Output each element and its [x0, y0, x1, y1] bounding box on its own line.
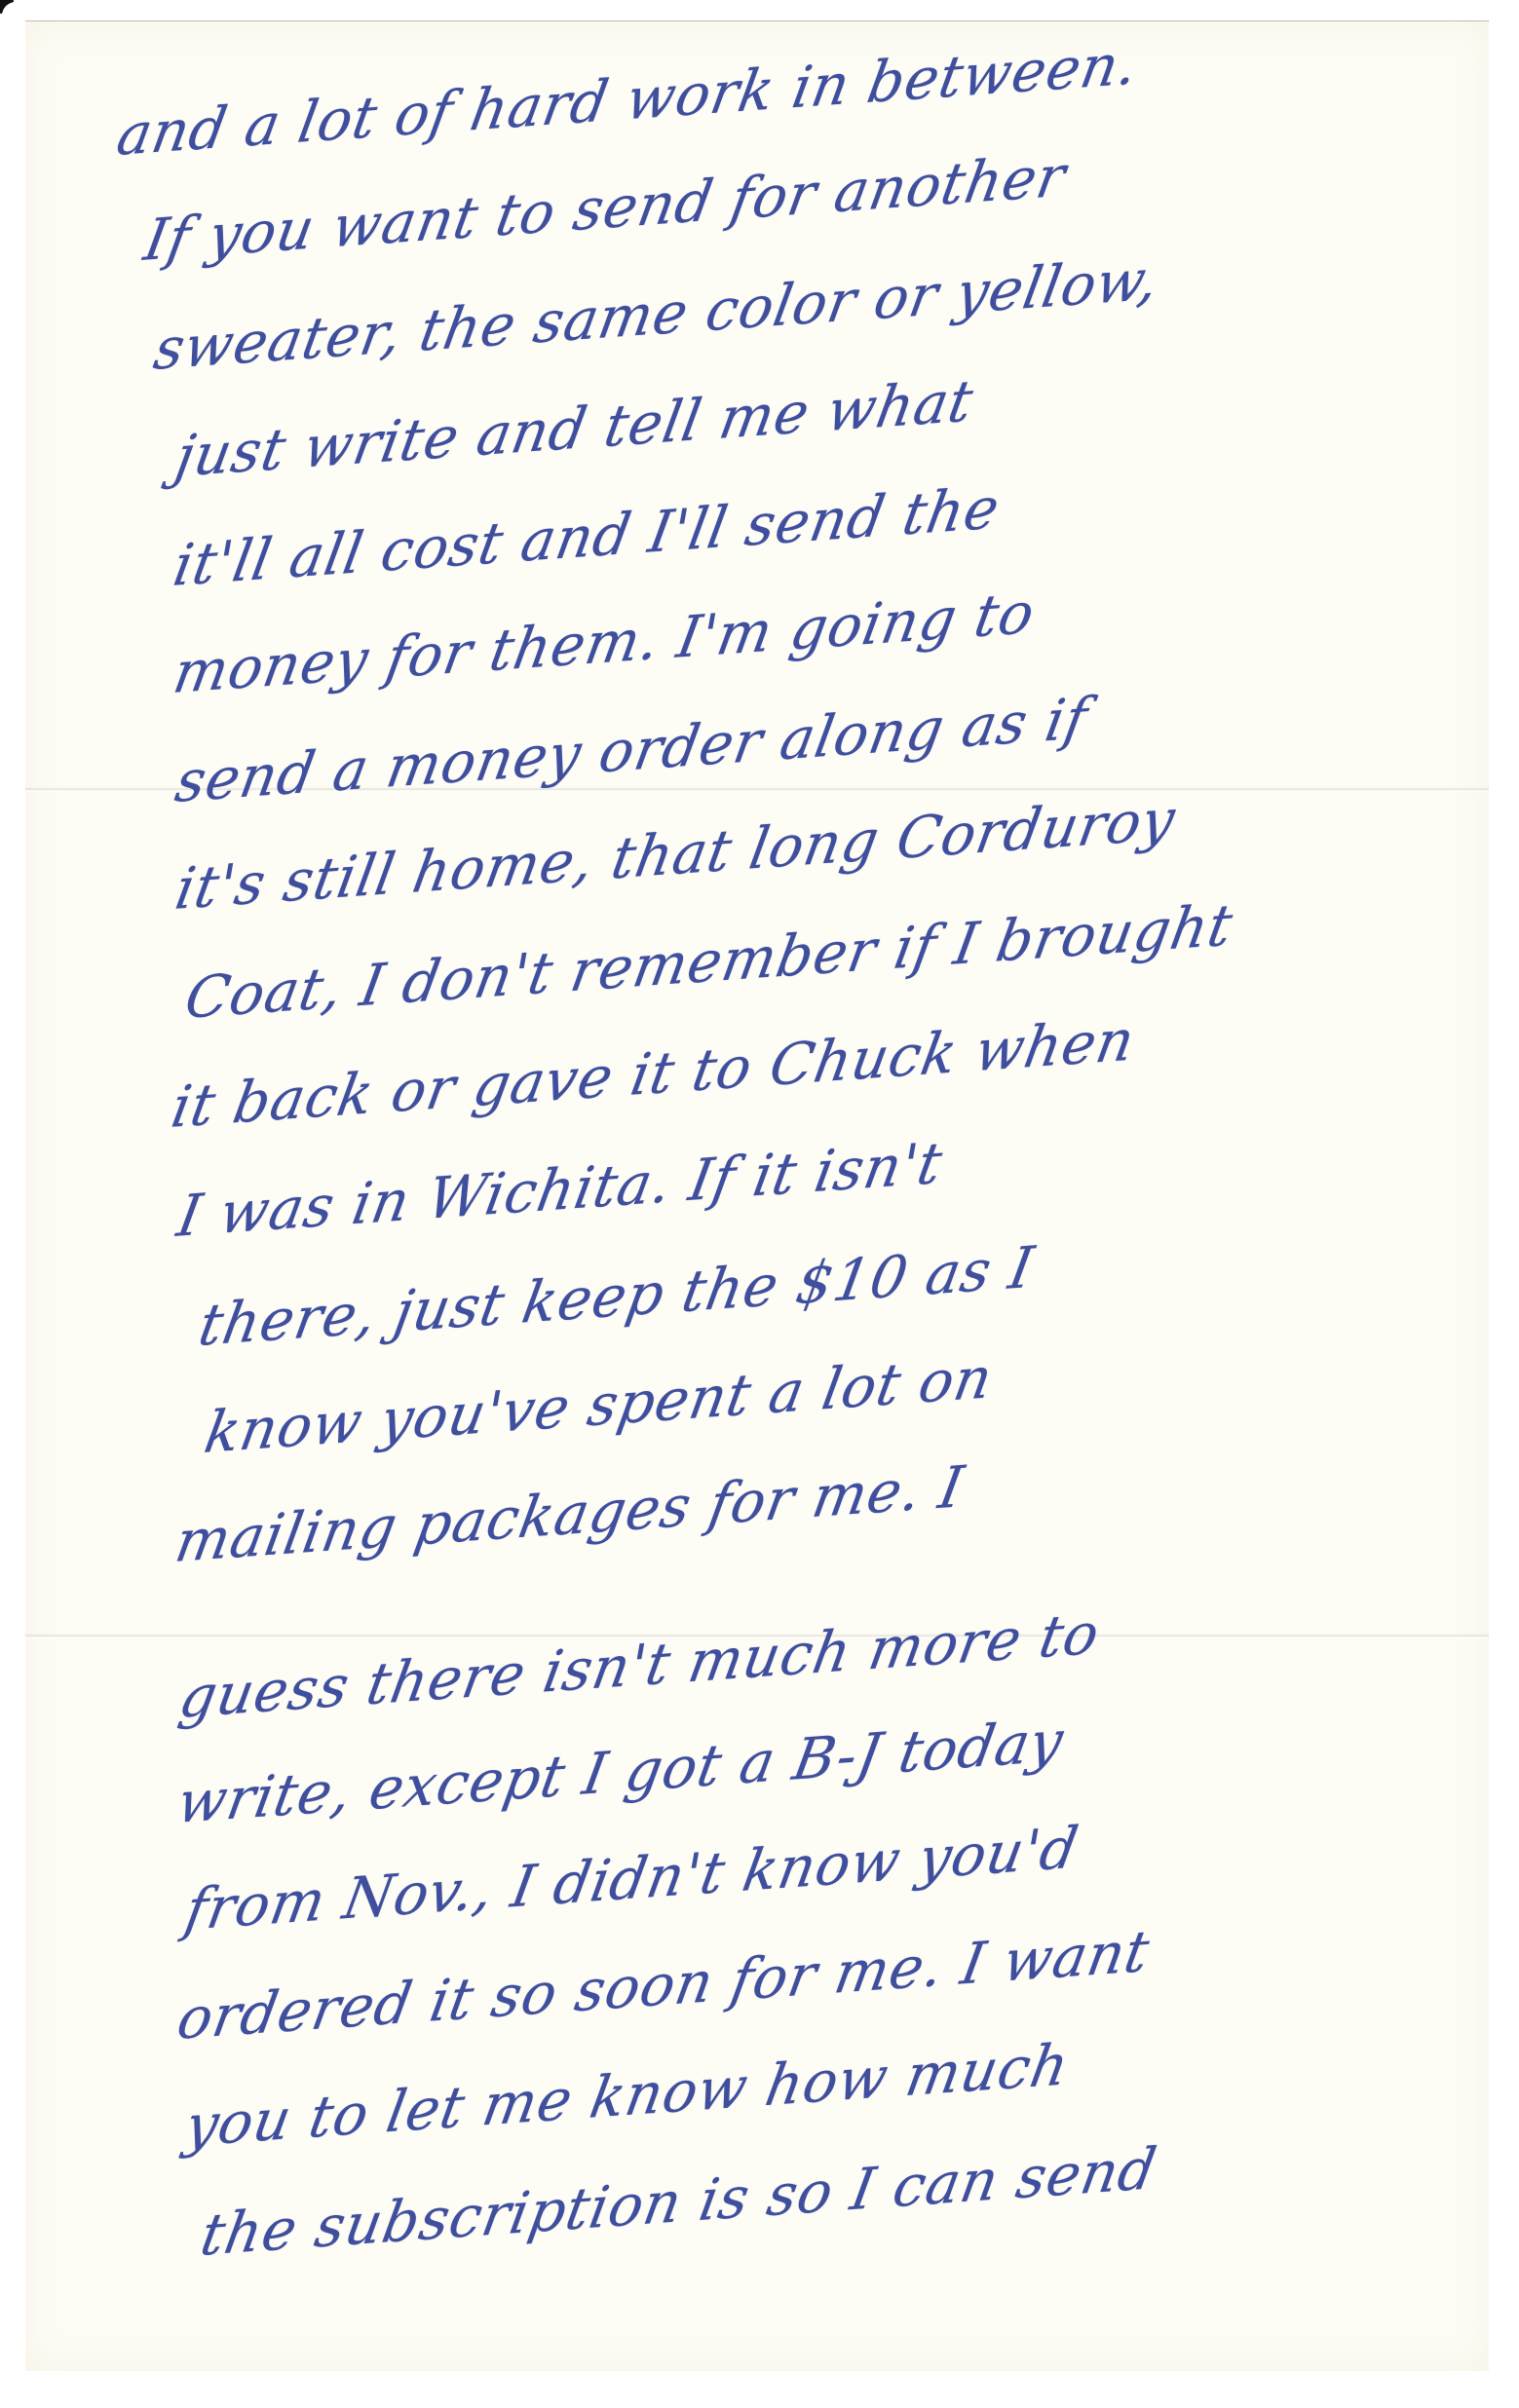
scan-corner-shadow	[0, 0, 14, 14]
handwritten-line: there, just keep the $10 as I	[195, 1238, 1039, 1354]
handwritten-line: the subscription is so I can send	[197, 2140, 1161, 2264]
handwritten-line: I was in Wichita. If it isn't	[173, 1134, 947, 1245]
handwritten-line: from Nov., I didn't know you'd	[181, 1819, 1082, 1938]
handwritten-line: it back or gave it to Chuck when	[168, 1011, 1139, 1136]
handwritten-text-block: and a lot of hard work in between. If yo…	[25, 21, 1489, 2371]
handwritten-line: guess there isn't much more to	[175, 1604, 1104, 1726]
handwritten-line: it's still home, that long Corduroy	[171, 790, 1180, 918]
handwritten-line: just write and tell me what	[171, 372, 978, 485]
handwritten-line: sweater, the same color or yellow,	[150, 250, 1163, 378]
handwritten-line: and a lot of hard work in between.	[113, 35, 1143, 164]
handwritten-line: write, except I got a B-J today	[173, 1712, 1068, 1831]
handwritten-line: send a money order along as if	[171, 690, 1092, 810]
handwritten-line: ordered it so soon for me. I want	[173, 1922, 1154, 2048]
handwritten-line: you to let me know how much	[181, 2036, 1074, 2155]
letter-page: and a lot of hard work in between. If yo…	[25, 20, 1489, 2371]
handwritten-line: know you've spent a lot on	[201, 1349, 997, 1461]
handwritten-line: mailing packages for me. I	[171, 1458, 968, 1570]
handwritten-line: If you want to send for another	[140, 147, 1070, 269]
handwritten-line: Coat, I don't remember if I brought	[181, 896, 1237, 1027]
handwritten-line: it'll all cost and I'll send the	[170, 479, 1005, 594]
handwritten-line: money for them. I'm going to	[170, 583, 1039, 701]
